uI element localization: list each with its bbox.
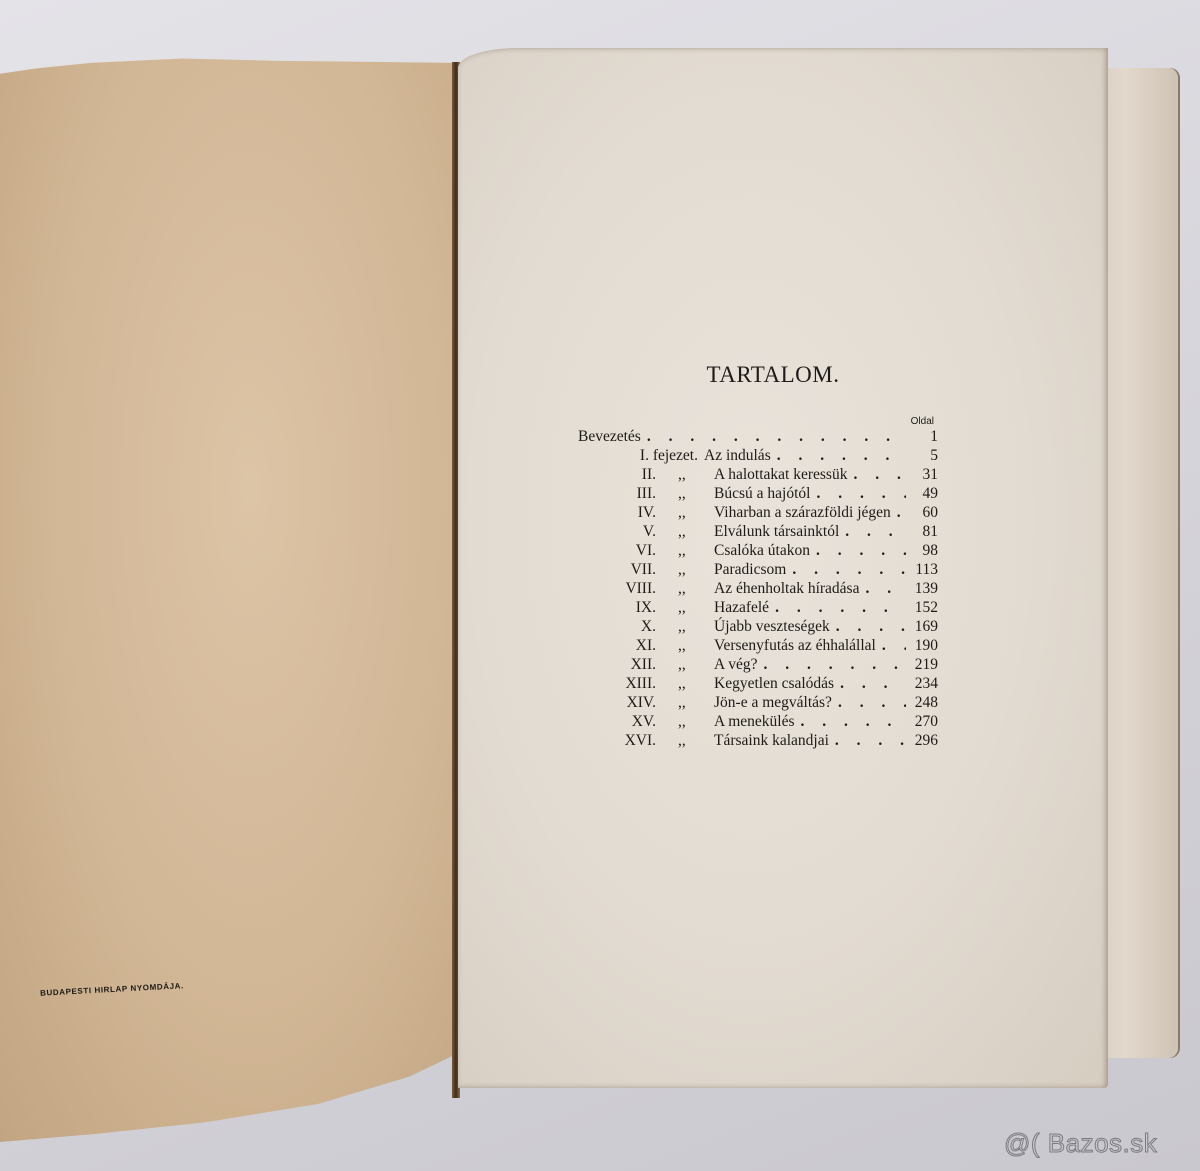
ditto-mark: ,,	[662, 579, 714, 598]
leader-dots: . . . . . . . . . . . . . . .	[847, 465, 906, 484]
toc-label: Elválunk társainktól	[714, 522, 839, 541]
toc-row: IV. ,, Viharban a szárazföldi jégen . . …	[578, 503, 938, 522]
toc-label: Csalóka útakon	[714, 541, 810, 560]
leader-dots: . . . . . . . . . . . . . . . . . . .	[757, 655, 906, 674]
toc-row: XI. ,, Versenyfutás az éhhalállal . . . …	[578, 636, 938, 655]
toc-page: 219	[906, 655, 938, 674]
toc-label: A vég?	[714, 655, 757, 674]
toc-chapter-num: II.	[578, 465, 662, 484]
toc-label: Kegyetlen csalódás	[714, 674, 834, 693]
toc-page: 270	[906, 712, 938, 731]
toc-chapter-num: XI.	[578, 636, 662, 655]
toc-page: 234	[906, 674, 938, 693]
ditto-mark: ,,	[662, 674, 714, 693]
ditto-mark: ,,	[662, 693, 714, 712]
toc-row: XVI. ,, Társaink kalandjai . . . . . . .…	[578, 731, 938, 750]
leader-dots: . . . . . . . . .	[859, 579, 906, 598]
toc-label: Versenyfutás az éhhalállal	[714, 636, 876, 655]
toc-chapter-num: XIV.	[578, 693, 662, 712]
leader-dots: . . . . . . . . . . . . . . .	[795, 712, 907, 731]
page-column-header: Oldal	[578, 416, 938, 427]
toc-row: VI. ,, Csalóka útakon . . . . . . . . . …	[578, 541, 938, 560]
leader-dots: . . . . . .	[876, 636, 906, 655]
left-page	[0, 52, 455, 1142]
toc-page: 248	[906, 693, 938, 712]
toc-label: Újabb veszteségek	[714, 617, 830, 636]
toc-label: Jön-e a megváltás?	[714, 693, 832, 712]
toc-chapter-num: X.	[578, 617, 662, 636]
toc-row: XIII. ,, Kegyetlen csalódás . . . . . . …	[578, 674, 938, 693]
toc-title: TARTALOM.	[608, 362, 938, 388]
ditto-mark: ,,	[662, 636, 714, 655]
toc-chapter-num: XII.	[578, 655, 662, 674]
photo-scene: BUDAPESTI HIRLAP NYOMDÁJA. TARTALOM. Old…	[0, 0, 1200, 1171]
bazos-watermark: @( Bazos.sk	[1004, 1128, 1157, 1159]
toc-page: 5	[906, 446, 938, 465]
toc-page: 169	[906, 617, 938, 636]
toc-page: 81	[906, 522, 938, 541]
toc-page: 139	[906, 579, 938, 598]
leader-dots: . . . . . . . . . . . . . . . .	[769, 598, 906, 617]
toc-page: 296	[906, 731, 938, 750]
leader-dots: . . . . . . . . . . . . .	[832, 693, 906, 712]
ditto-mark: ,,	[662, 522, 714, 541]
ditto-mark: ,,	[662, 617, 714, 636]
ditto-mark: ,,	[662, 541, 714, 560]
toc-row: XII. ,, A vég? . . . . . . . . . . . . .…	[578, 655, 938, 674]
toc-page: 60	[906, 503, 938, 522]
toc-label: Paradicsom	[714, 560, 786, 579]
toc-row: IX. ,, Hazafelé . . . . . . . . . . . . …	[578, 598, 938, 617]
leader-dots: . . . . . . . . . . . . . . . . . .	[771, 446, 906, 465]
ditto-mark: ,,	[662, 503, 714, 522]
toc-row: VII. ,, Paradicsom . . . . . . . . . . .…	[578, 560, 938, 579]
toc-row: Bevezetés . . . . . . . . . . . . . . . …	[578, 427, 938, 446]
toc-label: Viharban a szárazföldi jégen	[714, 503, 891, 522]
toc-row: V. ,, Elválunk társainktól . . . . . . .…	[578, 522, 938, 541]
leader-dots: . . . . . . .	[891, 503, 906, 522]
leader-dots: . . . . . . . . . . . . .	[829, 731, 906, 750]
ditto-mark: ,,	[662, 560, 714, 579]
toc-page: 98	[906, 541, 938, 560]
leader-dots: . . . . . . . . . . . . .	[834, 674, 906, 693]
leader-dots: . . . . . . . . . . . . . . .	[810, 484, 906, 503]
toc-chapter-num: IX.	[578, 598, 662, 617]
toc-label: Bevezetés	[578, 427, 641, 446]
toc-row: II. ,, A halottakat keressük . . . . . .…	[578, 465, 938, 484]
leader-dots: . . . . . . . . . . . . . .	[839, 522, 906, 541]
toc-page: 152	[906, 598, 938, 617]
toc-label: Búcsú a hajótól	[714, 484, 810, 503]
toc-row: III. ,, Búcsú a hajótól . . . . . . . . …	[578, 484, 938, 503]
table-of-contents: TARTALOM. Oldal Bevezetés . . . . . . . …	[578, 350, 938, 750]
toc-chapter-num: VIII.	[578, 579, 662, 598]
ditto-mark: ,,	[662, 655, 714, 674]
toc-row: VIII. ,, Az éhenholtak híradása . . . . …	[578, 579, 938, 598]
toc-page: 113	[906, 560, 938, 579]
leader-dots: . . . . . . . . . . . . . .	[810, 541, 906, 560]
toc-label: Társaink kalandjai	[714, 731, 829, 750]
toc-row: XV. ,, A menekülés . . . . . . . . . . .…	[578, 712, 938, 731]
ditto-mark: ,,	[662, 712, 714, 731]
toc-page: 1	[906, 427, 938, 446]
ditto-mark: ,,	[662, 465, 714, 484]
toc-chapter-num: IV.	[578, 503, 662, 522]
toc-chapter-num: XVI.	[578, 731, 662, 750]
toc-row: X. ,, Újabb veszteségek . . . . . . . . …	[578, 617, 938, 636]
toc-chapter-num: XIII.	[578, 674, 662, 693]
ditto-mark: ,,	[662, 731, 714, 750]
toc-page: 49	[906, 484, 938, 503]
toc-chapter-num: V.	[578, 522, 662, 541]
toc-chapter-num: III.	[578, 484, 662, 503]
toc-label: A halottakat keressük	[714, 465, 847, 484]
toc-row: I. fejezet. Az indulás . . . . . . . . .…	[578, 446, 938, 465]
ditto-mark: ,,	[662, 484, 714, 503]
leader-dots: . . . . . . . . . . . . .	[830, 617, 906, 636]
toc-chapter-num: I. fejezet.	[578, 446, 704, 465]
toc-label: Az indulás	[704, 446, 771, 465]
toc-row: XIV. ,, Jön-e a megváltás? . . . . . . .…	[578, 693, 938, 712]
leader-dots: . . . . . . . . . . . . . . . .	[786, 560, 906, 579]
toc-page: 190	[906, 636, 938, 655]
toc-label: Az éhenholtak híradása	[714, 579, 859, 598]
toc-chapter-num: XV.	[578, 712, 662, 731]
toc-chapter-num: VII.	[578, 560, 662, 579]
toc-label: A menekülés	[714, 712, 795, 731]
leader-dots: . . . . . . . . . . . . . . . . . . . . …	[641, 427, 906, 446]
toc-chapter-num: VI.	[578, 541, 662, 560]
toc-page: 31	[906, 465, 938, 484]
toc-label: Hazafelé	[714, 598, 769, 617]
ditto-mark: ,,	[662, 598, 714, 617]
